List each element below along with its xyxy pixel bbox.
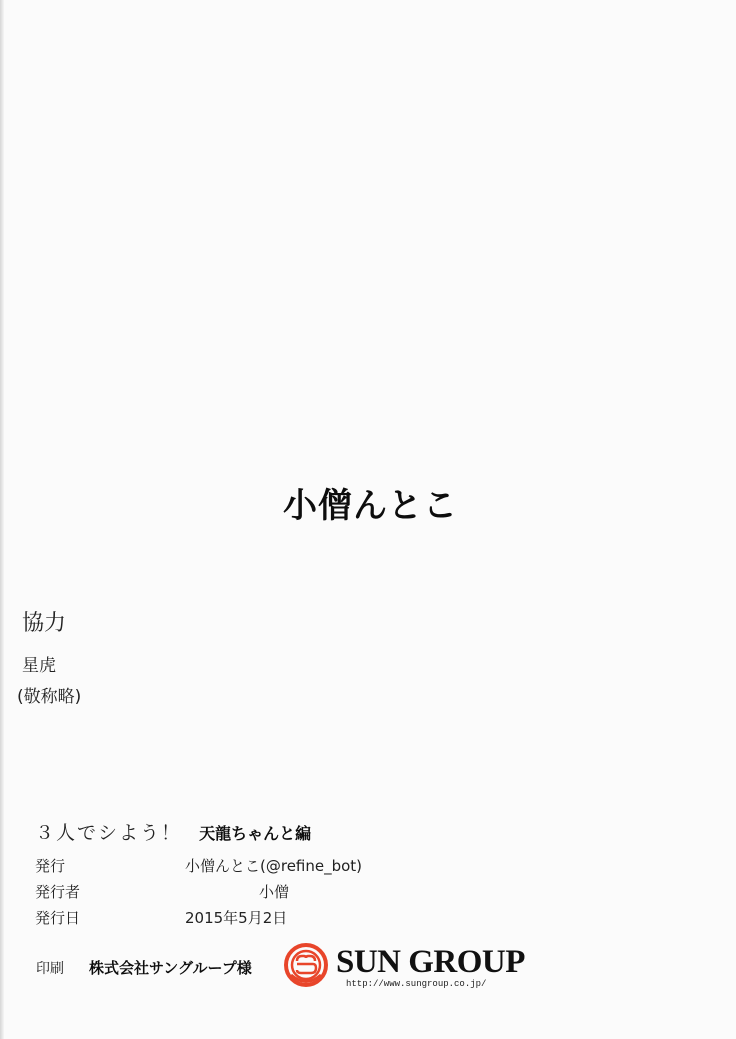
- cooperation-heading: 協力: [22, 606, 81, 637]
- sun-group-logo-text: SUN GROUP: [336, 944, 525, 981]
- book-title-subtitle: 天龍ちゃんと編: [199, 824, 311, 843]
- page-binding-edge: [0, 0, 4, 1039]
- colophon-row-issuer: 発行者 小僧: [35, 877, 311, 903]
- book-title-main: ３人でシよう！: [35, 822, 182, 844]
- printer-company: 株式会社サングループ様: [89, 957, 252, 978]
- printer-section: 印刷 株式会社サングループ様 SUN GROUP http://www.sung…: [36, 946, 536, 996]
- sun-group-logo-icon: [283, 942, 329, 988]
- cooperator-name: 星虎: [22, 651, 81, 676]
- honorific-note: (敬称略): [17, 682, 81, 707]
- publisher-value: 小僧んとこ(@refine_bot): [185, 855, 362, 876]
- colophon-row-publisher: 発行 小僧んとこ(@refine_bot): [35, 851, 311, 877]
- publisher-label: 発行: [35, 855, 65, 876]
- sun-group-url: http://www.sungroup.co.jp/: [346, 979, 486, 989]
- issue-date-label: 発行日: [35, 907, 80, 928]
- cooperation-section: 協力 星虎 (敬称略): [22, 606, 81, 707]
- circle-name: 小僧んとこ: [283, 478, 458, 527]
- issuer-value: 小僧: [259, 881, 289, 902]
- printer-label: 印刷: [36, 958, 64, 978]
- issue-date-value: 2015年5月2日: [185, 907, 287, 928]
- book-title: ３人でシよう！ 天龍ちゃんと編: [35, 818, 311, 845]
- colophon: ３人でシよう！ 天龍ちゃんと編 発行 小僧んとこ(@refine_bot) 発行…: [35, 818, 311, 929]
- issuer-label: 発行者: [35, 881, 80, 902]
- colophon-row-date: 発行日 2015年5月2日: [35, 903, 311, 929]
